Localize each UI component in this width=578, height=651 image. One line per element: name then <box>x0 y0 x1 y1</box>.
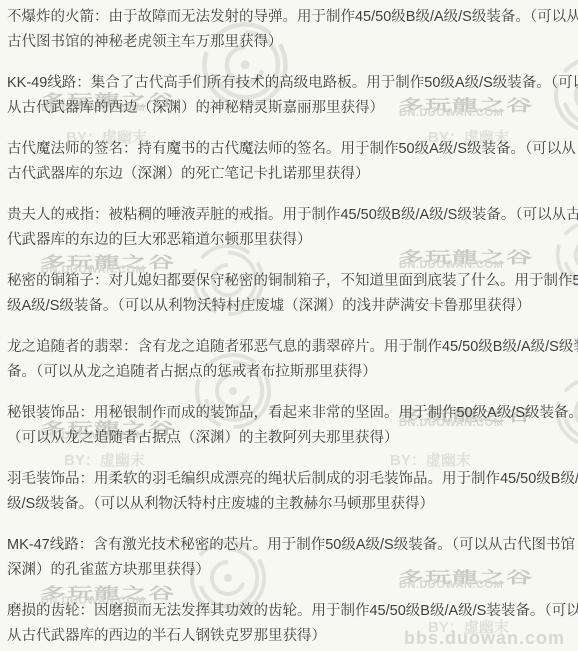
item-line: 古代图书馆的神秘老虎领主车万那里获得） <box>7 30 578 55</box>
item-line: MK-47线路：含有激光技术秘密的芯片。用于制作50级A级/S级装备。（可以从古… <box>7 533 578 558</box>
item-line: 从古代武器库的西边（深渊）的神秘精灵斯嘉丽那里获得） <box>7 96 578 121</box>
item-line: 不爆炸的火箭：由于故障而无法发射的导弹。用于制作45/50级B级/A级/S级装备… <box>7 5 578 30</box>
item-line: 备。（可以从龙之追随者占据点的惩戒者布拉斯那里获得） <box>7 360 578 385</box>
item-paragraph: MK-47线路：含有激光技术秘密的芯片。用于制作50级A级/S级装备。（可以从古… <box>7 533 578 583</box>
item-paragraph: 龙之追随者的翡翠：含有龙之追随者邪恶气息的翡翠碎片。用于制作45/50级B级/A… <box>7 335 578 385</box>
item-line: 深渊）的孔雀蓝方块那里获得） <box>7 558 578 583</box>
item-line: （可以从龙之追随者占据点（深渊）的主教阿列夫那里获得） <box>7 426 578 451</box>
item-paragraph: 秘银装饰品：用秘银制作而成的装饰品，看起来非常的坚固。用于制作50级A级/S级装… <box>7 401 578 451</box>
item-line: 古代武器库的东边（深渊）的死亡笔记卡扎诺那里获得） <box>7 162 578 187</box>
item-line: 从古代武器库的西边的半石人钢铁克罗那里获得） <box>7 624 578 649</box>
item-line: 磨损的齿轮：因磨损而无法发挥其功效的齿轮。用于制作45/50级B级/A级/S装装… <box>7 599 578 624</box>
item-line: 级/S级装备。（可以从利物沃特村庄废墟的主教赫尔马顿那里获得） <box>7 492 578 517</box>
item-line: KK-49线路：集合了古代高手们所有技术的高级电路板。用于制作50级A级/S级装… <box>7 71 578 96</box>
item-line: 羽毛装饰品：用柔软的羽毛编织成漂亮的绳状后制成的羽毛装饰品。用于制作45/50级… <box>7 467 578 492</box>
item-description-list: 不爆炸的火箭：由于故障而无法发射的导弹。用于制作45/50级B级/A级/S级装备… <box>0 0 578 649</box>
item-paragraph: KK-49线路：集合了古代高手们所有技术的高级电路板。用于制作50级A级/S级装… <box>7 71 578 121</box>
item-line: 级A级/S级装备。（可以从利物沃特村庄废墟（深渊）的浅井萨满安卡鲁那里获得） <box>7 294 578 319</box>
item-line: 秘银装饰品：用秘银制作而成的装饰品，看起来非常的坚固。用于制作50级A级/S级装… <box>7 401 578 426</box>
item-paragraph: 古代魔法师的签名：持有魔书的古代魔法师的签名。用于制作50级A级/S级装备。（可… <box>7 137 578 187</box>
item-line: 秘密的铜箱子：对儿媳妇都要保守秘密的铜制箱子，不知道里面到底装了什么。用于制作5… <box>7 269 578 294</box>
item-paragraph: 磨损的齿轮：因磨损而无法发挥其功效的齿轮。用于制作45/50级B级/A级/S装装… <box>7 599 578 649</box>
item-line: 代武器库的东边的巨大邪恶箱道尔顿那里获得） <box>7 228 578 253</box>
item-line: 龙之追随者的翡翠：含有龙之追随者邪恶气息的翡翠碎片。用于制作45/50级B级/A… <box>7 335 578 360</box>
item-paragraph: 贵夫人的戒指：被粘稠的唾液弄脏的戒指。用于制作45/50级B级/A级/S级装备。… <box>7 203 578 253</box>
item-paragraph: 不爆炸的火箭：由于故障而无法发射的导弹。用于制作45/50级B级/A级/S级装备… <box>7 5 578 55</box>
item-paragraph: 秘密的铜箱子：对儿媳妇都要保守秘密的铜制箱子，不知道里面到底装了什么。用于制作5… <box>7 269 578 319</box>
item-line: 贵夫人的戒指：被粘稠的唾液弄脏的戒指。用于制作45/50级B级/A级/S级装备。… <box>7 203 578 228</box>
item-line: 古代魔法师的签名：持有魔书的古代魔法师的签名。用于制作50级A级/S级装备。（可… <box>7 137 578 162</box>
item-paragraph: 羽毛装饰品：用柔软的羽毛编织成漂亮的绳状后制成的羽毛装饰品。用于制作45/50级… <box>7 467 578 517</box>
